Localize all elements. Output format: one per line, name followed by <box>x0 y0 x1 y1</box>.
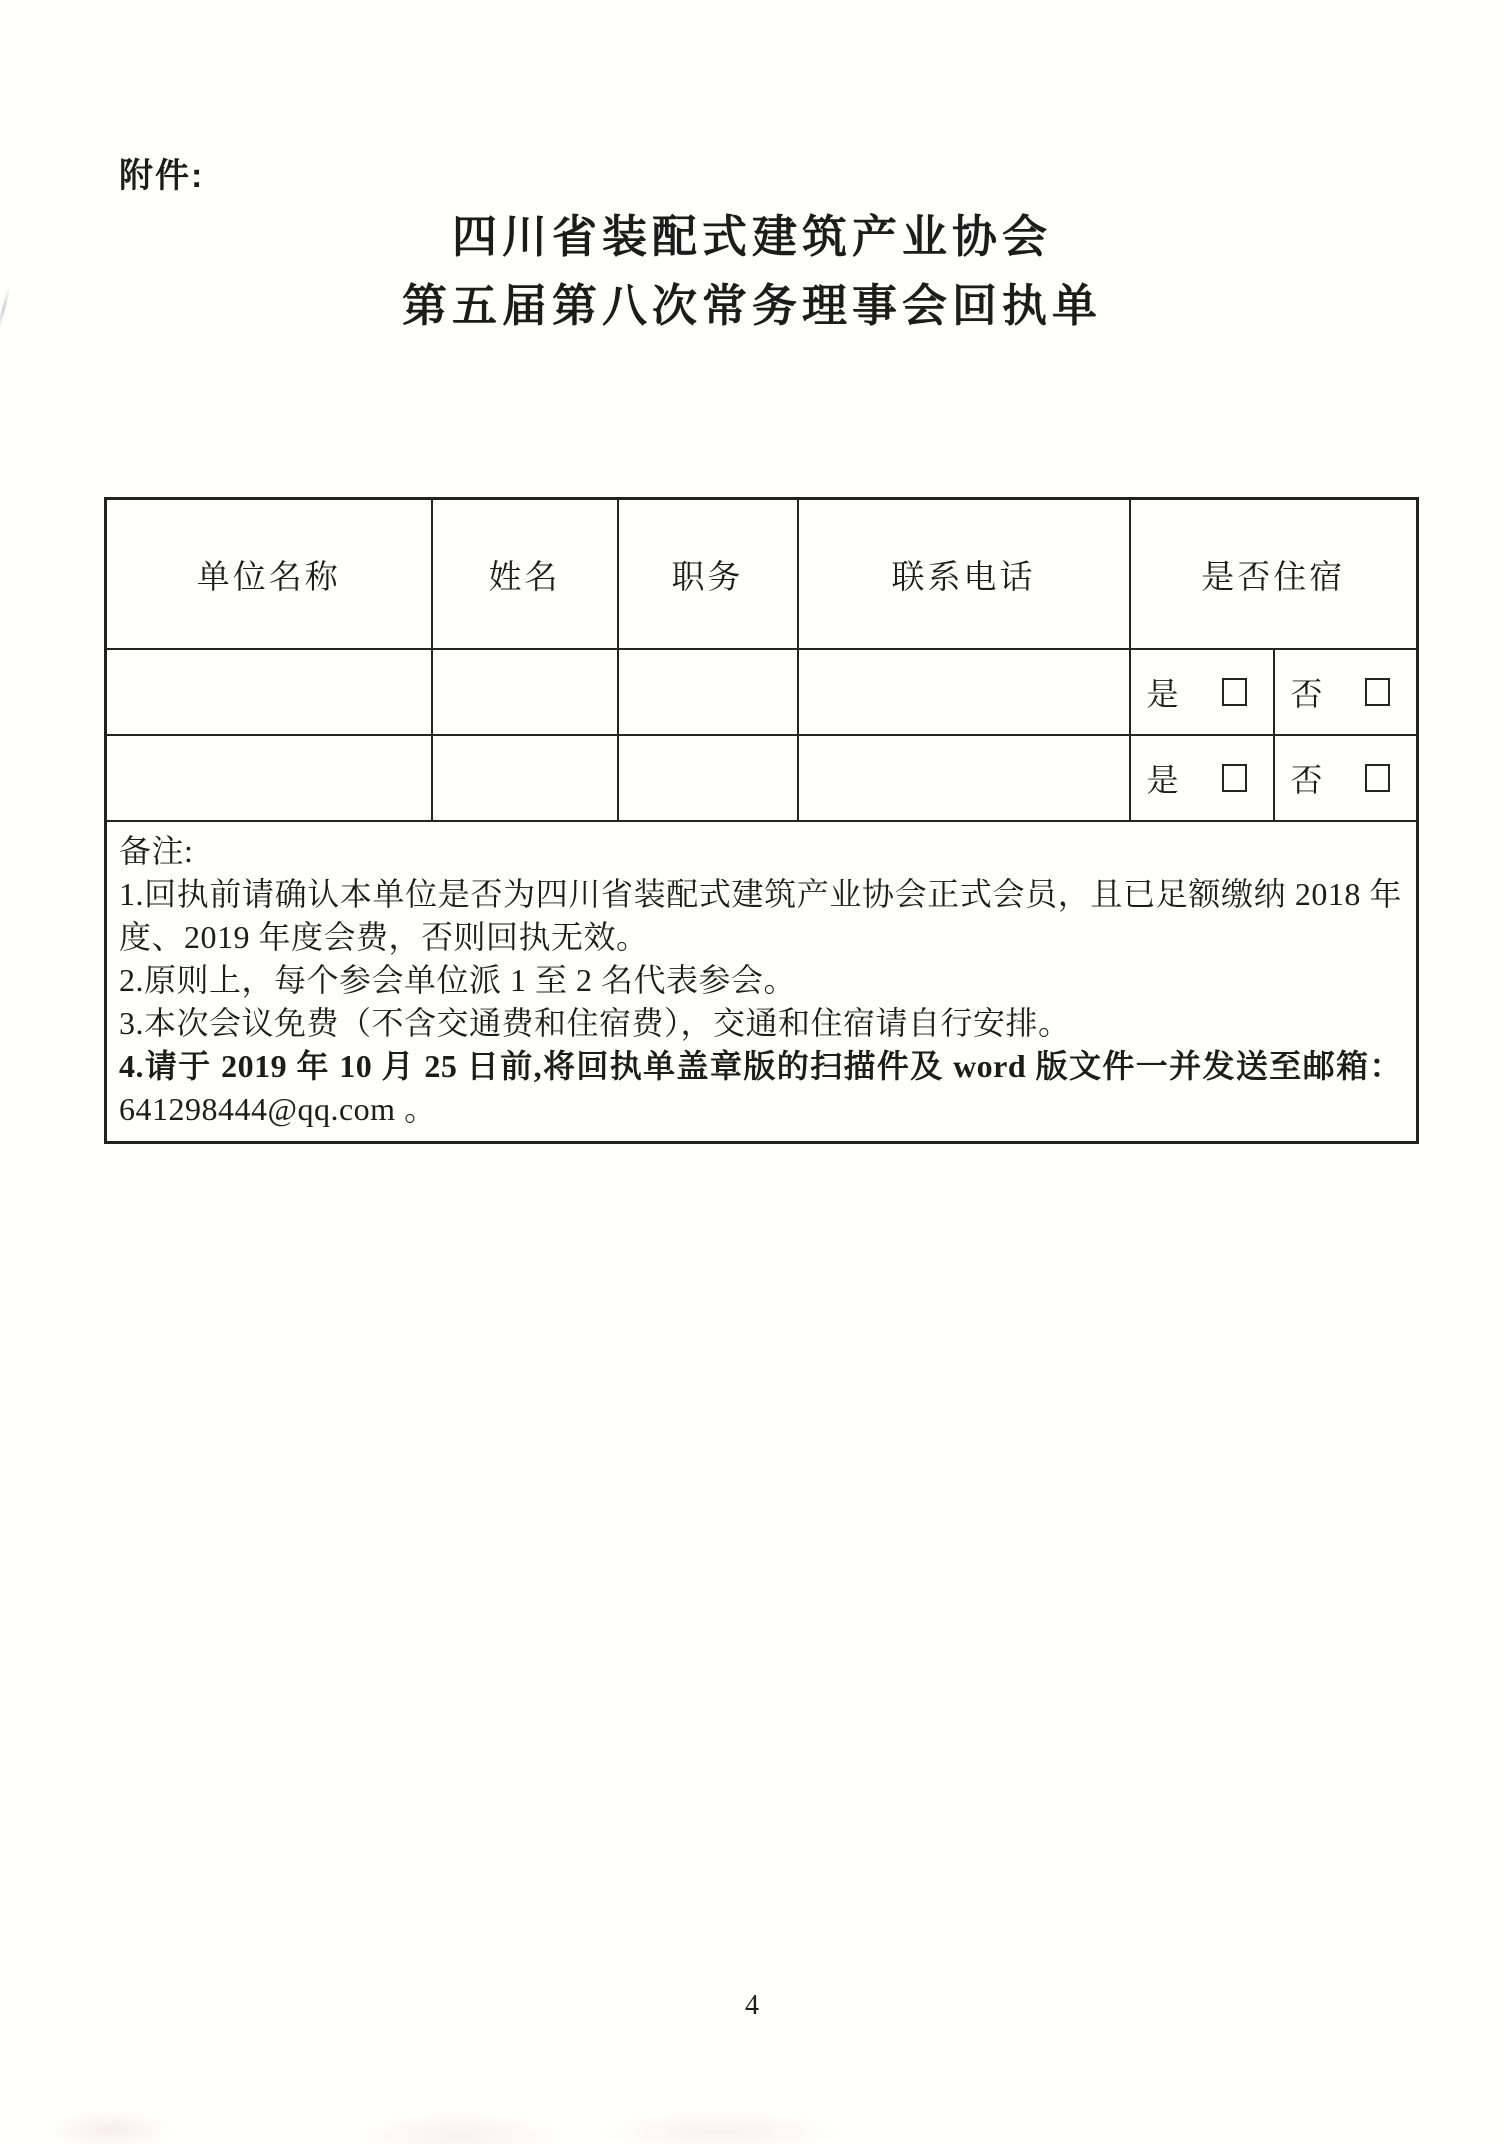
no-checkbox-row1 <box>1365 678 1390 706</box>
note-item-4-period: 。 <box>396 1091 437 1127</box>
accommodation-yes-cell-row1: 是 <box>1130 649 1274 735</box>
notes-cell: 备注: 1.回执前请确认本单位是否为四川省装配式建筑产业协会正式会员，且已足额缴… <box>106 821 1418 1143</box>
table-row-1: 是 否 <box>106 649 1418 735</box>
yes-label-row2: 是 <box>1147 755 1179 801</box>
notes-label: 备注: <box>119 830 1402 873</box>
registration-table: 单位名称 姓名 职务 联系电话 是否住宿 是 否 <box>104 497 1419 1144</box>
attachment-label: 附件: <box>119 148 204 197</box>
cell-person-name-row2 <box>432 735 618 821</box>
no-label-row1: 否 <box>1291 669 1323 715</box>
col-header-person-name: 姓名 <box>432 499 618 650</box>
note-item-2: 2.原则上，每个参会单位派 1 至 2 名代表参会。 <box>119 959 1402 1002</box>
col-header-accommodation: 是否住宿 <box>1130 499 1418 650</box>
note-item-4: 4.请于 2019 年 10 月 25 日前,将回执单盖章版的扫描件及 word… <box>119 1045 1402 1131</box>
cell-position-row1 <box>618 649 798 735</box>
document-title-line1: 四川省装配式建筑产业协会 <box>0 203 1504 272</box>
note-item-4-email: 641298444@qq.com <box>119 1091 396 1127</box>
no-checkbox-row2 <box>1365 764 1390 792</box>
col-header-phone: 联系电话 <box>798 499 1130 650</box>
scanned-document-page: { "document": { "attachment_label": "附件:… <box>0 0 1504 2144</box>
accommodation-no-cell-row2: 否 <box>1274 735 1418 821</box>
scan-smudge-artifact <box>0 2086 1504 2144</box>
cell-unit-name-row2 <box>106 735 432 821</box>
cell-unit-name-row1 <box>106 649 432 735</box>
yes-checkbox-row2 <box>1222 764 1247 792</box>
table-notes-row: 备注: 1.回执前请确认本单位是否为四川省装配式建筑产业协会正式会员，且已足额缴… <box>106 821 1418 1143</box>
table-row-2: 是 否 <box>106 735 1418 821</box>
yes-label-row1: 是 <box>1147 669 1179 715</box>
document-title: 四川省装配式建筑产业协会 第五届第八次常务理事会回执单 <box>0 203 1504 341</box>
no-label-row2: 否 <box>1291 755 1323 801</box>
col-header-position: 职务 <box>618 499 798 650</box>
accommodation-no-cell-row1: 否 <box>1274 649 1418 735</box>
cell-phone-row1 <box>798 649 1130 735</box>
col-header-unit-name: 单位名称 <box>106 499 432 650</box>
note-item-4-deadline-text: 4.请于 2019 年 10 月 25 日前,将回执单盖章版的扫描件及 word… <box>119 1048 1402 1084</box>
yes-checkbox-row1 <box>1222 678 1247 706</box>
accommodation-yes-cell-row2: 是 <box>1130 735 1274 821</box>
table-header-row: 单位名称 姓名 职务 联系电话 是否住宿 <box>106 499 1418 650</box>
cell-phone-row2 <box>798 735 1130 821</box>
note-item-1: 1.回执前请确认本单位是否为四川省装配式建筑产业协会正式会员，且已足额缴纳 20… <box>119 873 1402 959</box>
page-number: 4 <box>0 1990 1504 2022</box>
document-title-line2: 第五届第八次常务理事会回执单 <box>0 272 1504 341</box>
cell-position-row2 <box>618 735 798 821</box>
cell-person-name-row1 <box>432 649 618 735</box>
note-item-3: 3.本次会议免费（不含交通费和住宿费），交通和住宿请自行安排。 <box>119 1002 1402 1045</box>
